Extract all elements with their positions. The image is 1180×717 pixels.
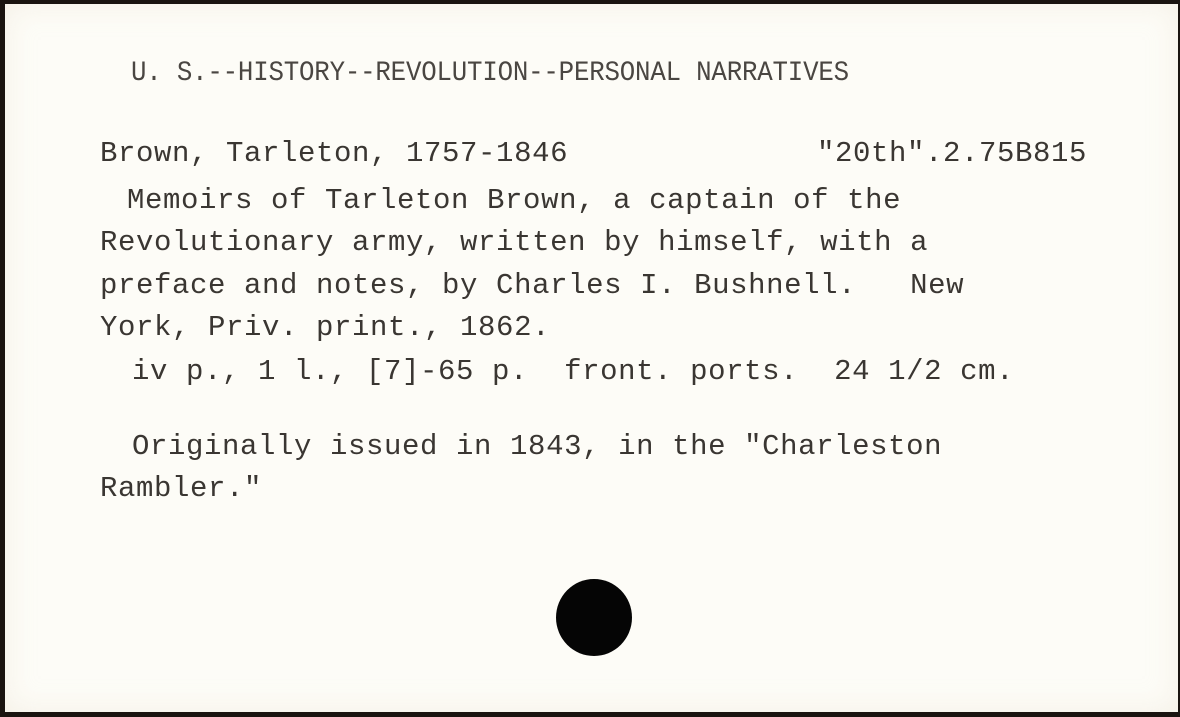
title-line: preface and notes, by Charles I. Bushnel… xyxy=(100,268,964,304)
punch-hole-icon xyxy=(556,579,632,656)
note-line: Rambler." xyxy=(100,471,262,507)
title-line: Memoirs of Tarleton Brown, a captain of … xyxy=(127,183,901,219)
call-number: "20th".2.75B815 xyxy=(817,136,1087,172)
main-entry-author: Brown, Tarleton, 1757-1846 xyxy=(100,136,568,172)
collation: iv p., 1 l., [7]-65 p. front. ports. 24 … xyxy=(132,354,1014,390)
title-line: Revolutionary army, written by himself, … xyxy=(100,225,928,261)
note-line: Originally issued in 1843, in the "Charl… xyxy=(132,429,942,465)
subject-heading: U. S.--HISTORY--REVOLUTION--PERSONAL NAR… xyxy=(131,56,849,92)
imprint-line: York, Priv. print., 1862. xyxy=(100,310,550,346)
